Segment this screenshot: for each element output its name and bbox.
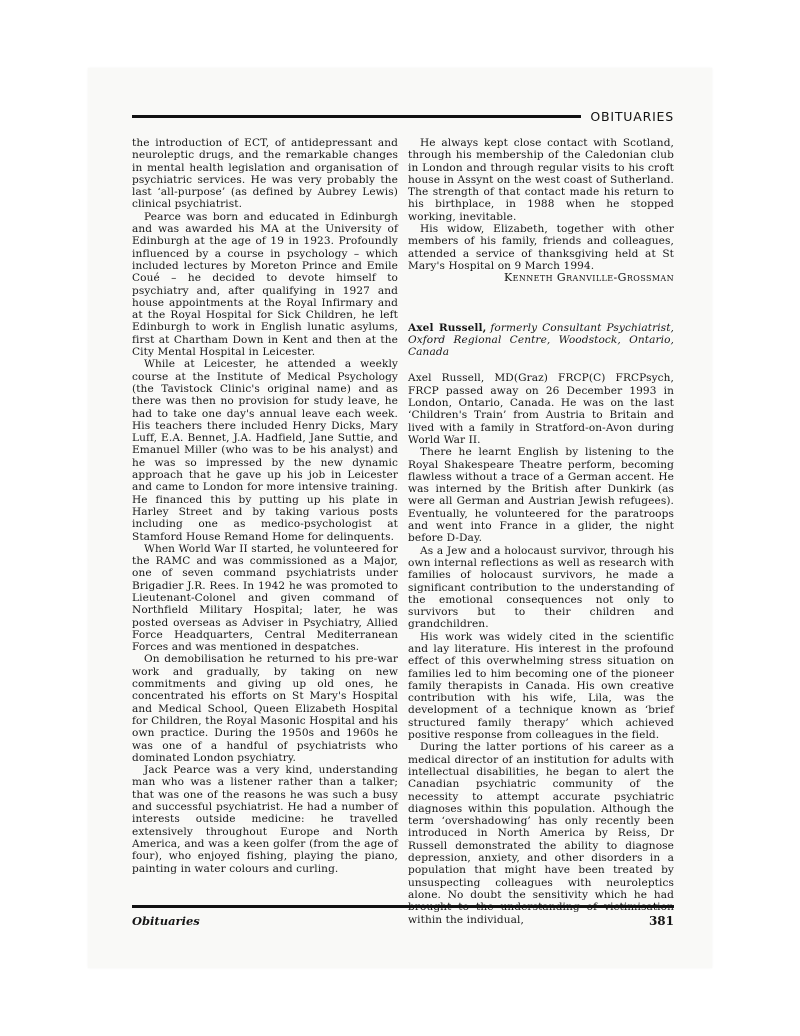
- paragraph: During the latter portions of his career…: [408, 741, 674, 925]
- footer-section-label: Obituaries: [132, 914, 200, 928]
- page-header: OBITUARIES: [132, 109, 674, 124]
- page-number: 381: [649, 914, 674, 928]
- obituary-heading: Axel Russell,formerly Consultant Psychia…: [408, 322, 674, 359]
- paragraph: Axel Russell, MD(Graz) FRCP(C) FRCPsych,…: [408, 372, 674, 446]
- paragraph: Pearce was born and educated in Edinburg…: [132, 211, 398, 359]
- footer-rule: [132, 905, 674, 908]
- paragraph: While at Leicester, he attended a weekly…: [132, 358, 398, 542]
- paragraph: His widow, Elizabeth, together with othe…: [408, 223, 674, 272]
- two-column-text-body: the introduction of ECT, of antidepressa…: [132, 137, 674, 926]
- obituary-closing-paragraphs: He always kept close contact with Scotla…: [408, 137, 674, 272]
- header-rule: [132, 115, 581, 118]
- paragraph: When World War II started, he volunteere…: [132, 543, 398, 654]
- left-column: the introduction of ECT, of antidepressa…: [132, 137, 398, 926]
- paragraph: His work was widely cited in the scienti…: [408, 631, 674, 742]
- page-footer: Obituaries 381: [132, 914, 674, 928]
- paragraph: On demobilisation he returned to his pre…: [132, 653, 398, 764]
- obituary-author-signature: Kenneth Granville-Grossman: [408, 272, 674, 284]
- obituary-body-paragraphs: Axel Russell, MD(Graz) FRCP(C) FRCPsych,…: [408, 372, 674, 925]
- paragraph: He always kept close contact with Scotla…: [408, 137, 674, 223]
- paragraph: Jack Pearce was a very kind, understandi…: [132, 764, 398, 875]
- paragraph: There he learnt English by listening to …: [408, 446, 674, 544]
- paragraph: As a Jew and a holocaust survivor, throu…: [408, 545, 674, 631]
- obituary-deceased-name: Axel Russell,: [408, 322, 486, 334]
- right-column: He always kept close contact with Scotla…: [408, 137, 674, 926]
- paragraph: the introduction of ECT, of antidepressa…: [132, 137, 398, 211]
- scanned-journal-page: OBITUARIES the introduction of ECT, of a…: [88, 68, 712, 968]
- section-title: OBITUARIES: [590, 109, 674, 124]
